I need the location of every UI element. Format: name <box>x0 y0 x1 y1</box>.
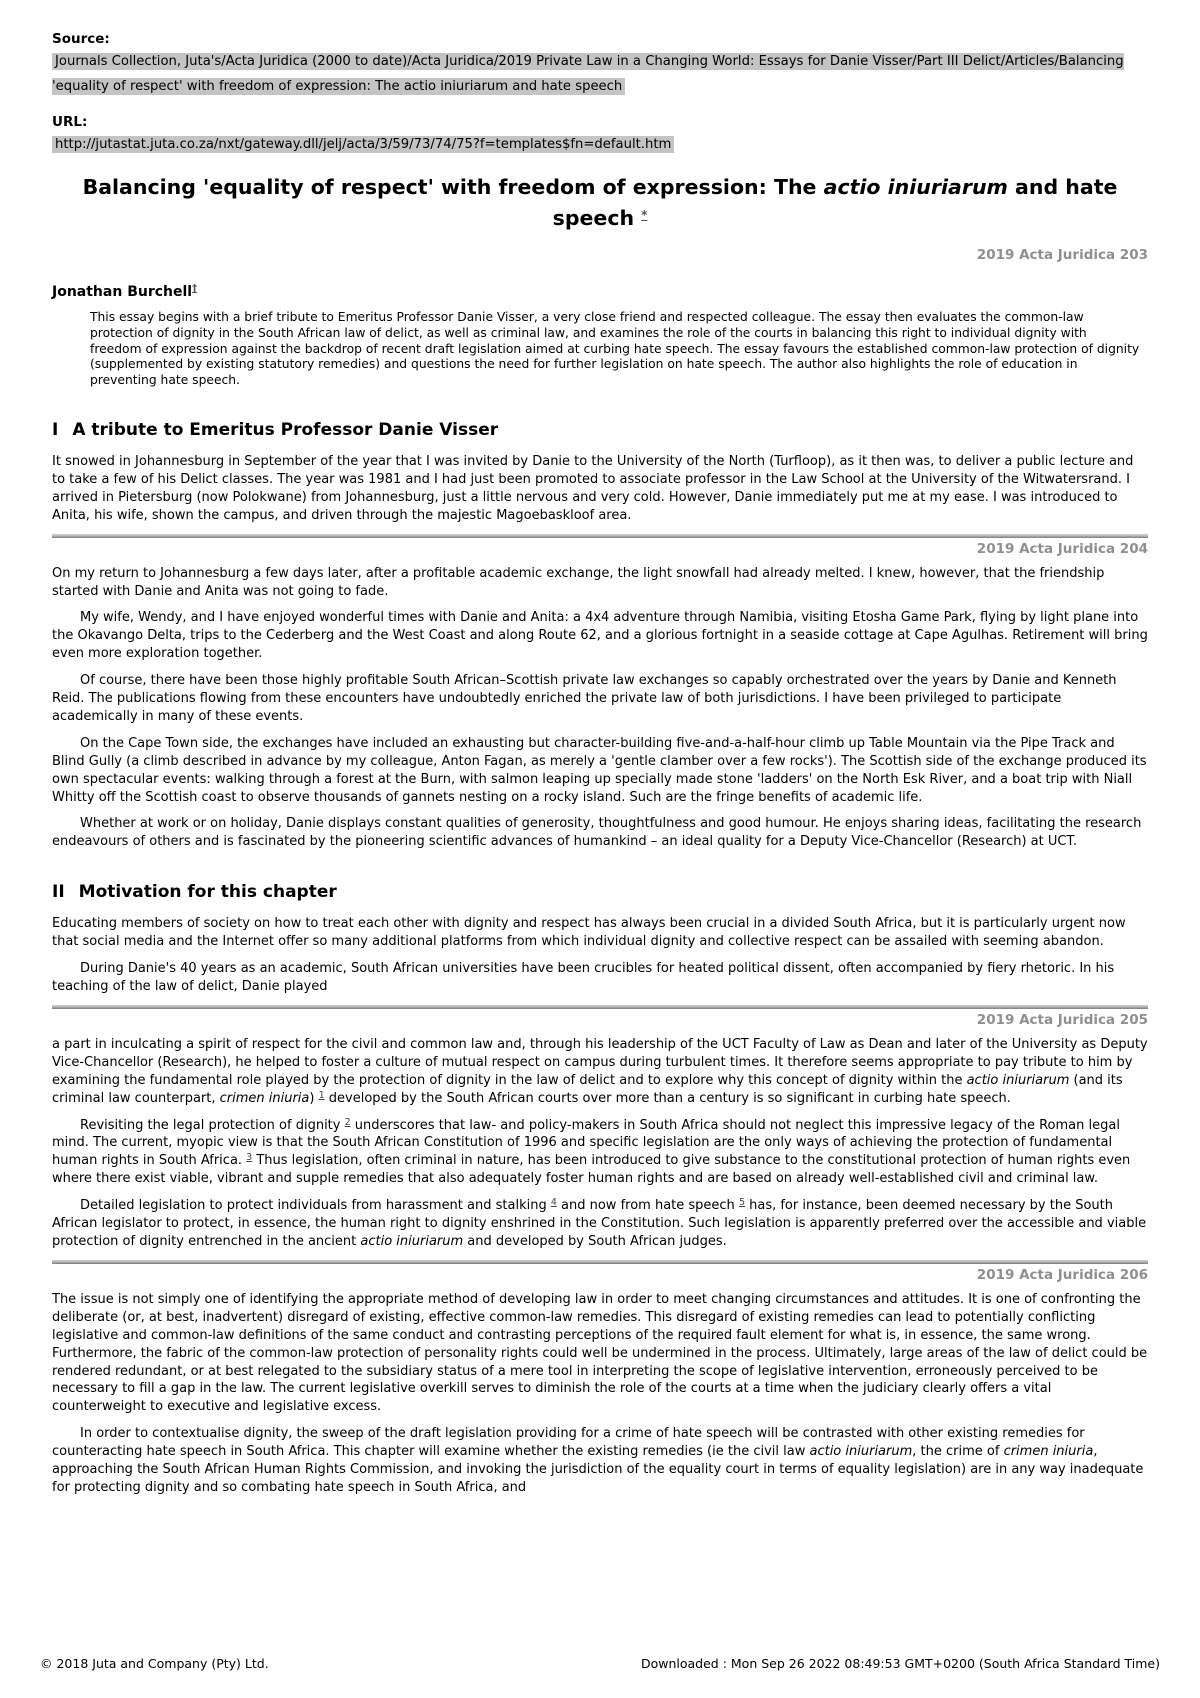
text-run: On my return to Johannesburg a few days … <box>52 566 1104 599</box>
latin-term: crimen iniuria <box>1004 1444 1094 1459</box>
url-highlight: http://jutastat.juta.co.za/nxt/gateway.d… <box>52 136 674 153</box>
section-numeral: II <box>52 882 65 902</box>
title-footnote-link[interactable]: * <box>641 208 647 222</box>
title-latin-term: actio iniuriarum <box>824 175 1008 199</box>
source-path: Journals Collection, Juta's/Acta Juridic… <box>52 49 1148 99</box>
section-heading: IIMotivation for this chapter <box>52 881 1148 903</box>
page-break: 2019 Acta Juridica 206 <box>52 1260 1148 1284</box>
article-body: IA tribute to Emeritus Professor Danie V… <box>52 419 1148 1497</box>
text-run: The issue is not simply one of identifyi… <box>52 1292 1147 1414</box>
page-break: 2019 Acta Juridica 204 <box>52 534 1148 558</box>
document-footer: © 2018 Juta and Company (Pty) Ltd. Downl… <box>40 1656 1160 1672</box>
text-run: It snowed in Johannesburg in September o… <box>52 454 1133 523</box>
text-run: and developed by South African judges. <box>463 1234 727 1249</box>
source-path-highlight: Journals Collection, Juta's/Acta Juridic… <box>52 53 1124 95</box>
text-run: My wife, Wendy, and I have enjoyed wonde… <box>52 610 1148 661</box>
paragraph: It snowed in Johannesburg in September o… <box>52 453 1148 525</box>
author-name: Jonathan Burchell <box>52 284 192 300</box>
paragraph: Educating members of society on how to t… <box>52 915 1148 951</box>
paragraph: a part in inculcating a spirit of respec… <box>52 1036 1148 1108</box>
page-break: 2019 Acta Juridica 205 <box>52 1005 1148 1029</box>
section-heading-text: Motivation for this chapter <box>79 882 337 902</box>
text-run: Detailed legislation to protect individu… <box>80 1198 551 1213</box>
text-run: Whether at work or on holiday, Danie dis… <box>52 816 1141 849</box>
section-heading: IA tribute to Emeritus Professor Danie V… <box>52 419 1148 441</box>
article-title: Balancing 'equality of respect' with fre… <box>82 173 1118 232</box>
latin-term: actio iniuriarum <box>809 1444 912 1459</box>
paragraph: During Danie's 40 years as an academic, … <box>52 960 1148 996</box>
document-page: Source: Journals Collection, Juta's/Acta… <box>0 0 1200 1497</box>
spacer <box>52 101 1148 113</box>
section-numeral: I <box>52 420 58 440</box>
paragraph: My wife, Wendy, and I have enjoyed wonde… <box>52 609 1148 663</box>
abstract: This essay begins with a brief tribute t… <box>90 310 1142 389</box>
paragraph: In order to contextualise dignity, the s… <box>52 1425 1148 1497</box>
text-run: Educating members of society on how to t… <box>52 916 1126 949</box>
author-line: Jonathan Burchell† <box>52 280 1148 301</box>
text-run: developed by the South African courts ov… <box>325 1091 1011 1106</box>
url-label: URL: <box>52 113 1148 132</box>
text-run: Of course, there have been those highly … <box>52 673 1117 724</box>
paragraph: Of course, there have been those highly … <box>52 672 1148 726</box>
url-value: http://jutastat.juta.co.za/nxt/gateway.d… <box>52 132 1148 157</box>
author-footnote-link[interactable]: † <box>192 283 197 294</box>
latin-term: actio iniuriarum <box>967 1073 1070 1088</box>
section-heading-text: A tribute to Emeritus Professor Danie Vi… <box>72 420 498 440</box>
paragraph: The issue is not simply one of identifyi… <box>52 1291 1148 1416</box>
page-rule <box>52 534 1148 538</box>
text-run: and now from hate speech <box>557 1198 739 1213</box>
paragraph: Whether at work or on holiday, Danie dis… <box>52 815 1148 851</box>
page-marker: 2019 Acta Juridica 205 <box>52 1011 1148 1029</box>
page-rule <box>52 1005 1148 1009</box>
text-run: Revisiting the legal protection of digni… <box>80 1118 345 1133</box>
paragraph: Revisiting the legal protection of digni… <box>52 1117 1148 1189</box>
text-run: On the Cape Town side, the exchanges hav… <box>52 736 1147 805</box>
page-marker: 2019 Acta Juridica 204 <box>52 540 1148 558</box>
copyright-text: © 2018 Juta and Company (Pty) Ltd. <box>40 1656 269 1672</box>
downloaded-text: Downloaded : Mon Sep 26 2022 08:49:53 GM… <box>641 1656 1160 1672</box>
text-run: , the crime of <box>912 1444 1003 1459</box>
latin-term: crimen iniuria <box>220 1091 310 1106</box>
paragraph: Detailed legislation to protect individu… <box>52 1197 1148 1251</box>
text-run: ) <box>309 1091 318 1106</box>
latin-term: actio iniuriarum <box>360 1234 463 1249</box>
source-label: Source: <box>52 30 1148 49</box>
paragraph: On the Cape Town side, the exchanges hav… <box>52 735 1148 807</box>
text-run: During Danie's 40 years as an academic, … <box>52 961 1114 994</box>
page-marker: 2019 Acta Juridica 206 <box>52 1266 1148 1284</box>
page-marker: 2019 Acta Juridica 203 <box>52 246 1148 264</box>
title-text-run: Balancing 'equality of respect' with fre… <box>83 175 824 199</box>
page-rule <box>52 1260 1148 1264</box>
paragraph: On my return to Johannesburg a few days … <box>52 565 1148 601</box>
